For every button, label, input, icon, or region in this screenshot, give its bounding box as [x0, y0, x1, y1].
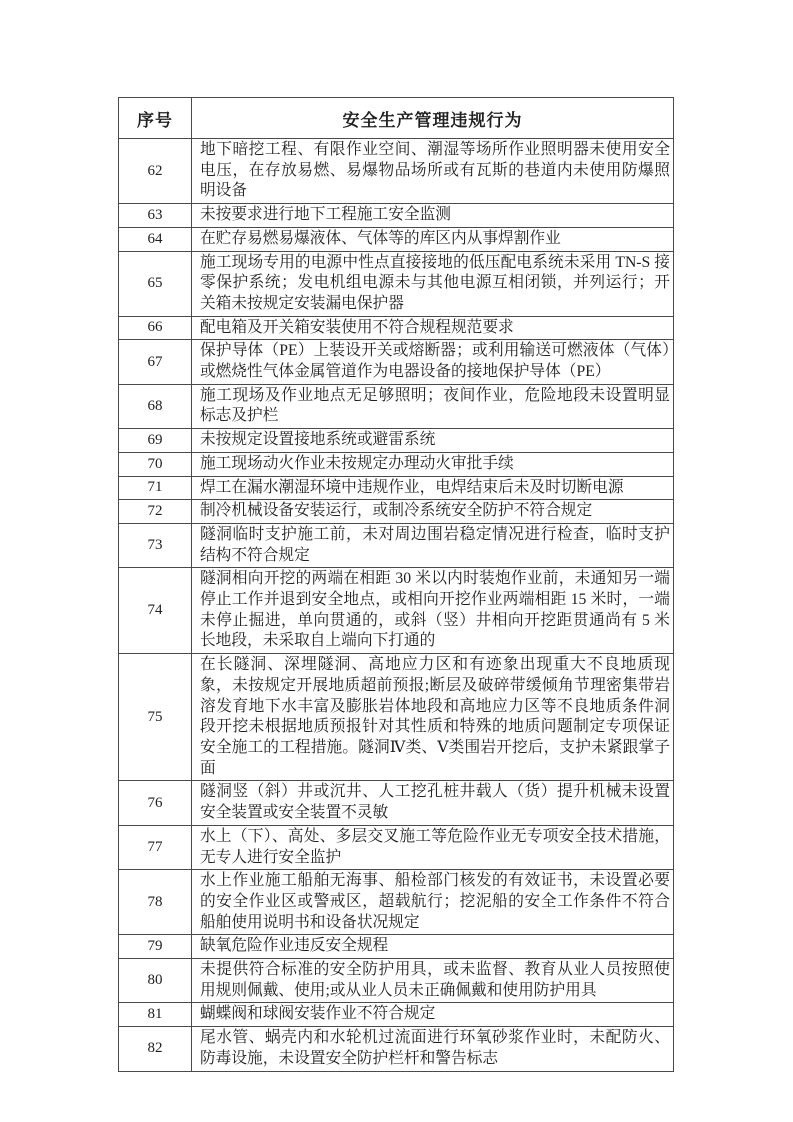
violation-text-cell: 施工现场专用的电源中性点直接接地的低压配电系统未采用 TN-S 接零保护系统；发…	[192, 251, 674, 316]
violation-text-cell: 未提供符合标准的安全防护用具，或未监督、教育从业人员按照使用规则佩戴、使用;或从…	[192, 959, 674, 1003]
table-row: 78水上作业施工船舶无海事、船检部门核发的有效证书，未设置必要的安全作业区或警戒…	[119, 870, 674, 935]
violation-text-cell: 施工现场动火作业未按规定办理动火审批手续	[192, 452, 674, 476]
column-header-no: 序号	[119, 98, 192, 139]
table-row: 73隧洞临时支护施工前，未对周边围岩稳定情况进行检查，临时支护结构不符合规定	[119, 523, 674, 567]
row-number-cell: 76	[119, 781, 192, 825]
table-row: 74隧洞相向开挖的两端在相距 30 米以内时装炮作业前，未通知另一端停止工作并退…	[119, 568, 674, 654]
table-row: 71焊工在漏水潮湿环境中违规作业，电焊结束后未及时切断电源	[119, 476, 674, 500]
table-row: 67保护导体（PE）上装设开关或熔断器；或利用输送可燃液体（气体）或燃烧性气体金…	[119, 340, 674, 384]
row-number-cell: 67	[119, 340, 192, 384]
column-header-violation: 安全生产管理违规行为	[192, 98, 674, 139]
violation-text-cell: 在长隧洞、深埋隧洞、高地应力区和有迹象出现重大不良地质现象，未按规定开展地质超前…	[192, 654, 674, 781]
violation-text-cell: 隧洞竖（斜）井或沉井、人工挖孔桩井载人（货）提升机械未设置安全装置或安全装置不灵…	[192, 781, 674, 825]
row-number-cell: 78	[119, 870, 192, 935]
table-row: 62地下暗挖工程、有限作业空间、潮湿等场所作业照明器未使用安全电压，在存放易燃、…	[119, 139, 674, 204]
row-number-cell: 66	[119, 316, 192, 340]
table-row: 81蝴蝶阀和球阀安装作业不符合规定	[119, 1003, 674, 1027]
table-body: 62地下暗挖工程、有限作业空间、潮湿等场所作业照明器未使用安全电压，在存放易燃、…	[119, 139, 674, 1072]
violation-text-cell: 施工现场及作业地点无足够照明；夜间作业，危险地段未设置明显标志及护栏	[192, 384, 674, 428]
row-number-cell: 65	[119, 251, 192, 316]
table-row: 63未按要求进行地下工程施工安全监测	[119, 204, 674, 228]
row-number-cell: 68	[119, 384, 192, 428]
row-number-cell: 71	[119, 476, 192, 500]
table-row: 77水上（下）、高处、多层交叉施工等危险作业无专项安全技术措施，无专人进行安全监…	[119, 825, 674, 869]
violation-text-cell: 配电箱及开关箱安装使用不符合规程规范要求	[192, 316, 674, 340]
row-number-cell: 81	[119, 1003, 192, 1027]
header-row: 序号 安全生产管理违规行为	[119, 98, 674, 139]
violation-text-cell: 水上（下）、高处、多层交叉施工等危险作业无专项安全技术措施，无专人进行安全监护	[192, 825, 674, 869]
violation-text-cell: 未按规定设置接地系统或避雷系统	[192, 429, 674, 453]
table-row: 82尾水管、蜗壳内和水轮机过流面进行环氧砂浆作业时，未配防火、防毒设施，未设置安…	[119, 1027, 674, 1071]
violation-text-cell: 缺氧危险作业违反安全规程	[192, 935, 674, 959]
table-row: 70施工现场动火作业未按规定办理动火审批手续	[119, 452, 674, 476]
violation-text-cell: 水上作业施工船舶无海事、船检部门核发的有效证书，未设置必要的安全作业区或警戒区，…	[192, 870, 674, 935]
violation-text-cell: 隧洞相向开挖的两端在相距 30 米以内时装炮作业前，未通知另一端停止工作并退到安…	[192, 568, 674, 654]
violation-text-cell: 制冷机械设备安装运行，或制冷系统安全防护不符合规定	[192, 500, 674, 524]
table-row: 66配电箱及开关箱安装使用不符合规程规范要求	[119, 316, 674, 340]
violation-text-cell: 在贮存易燃易爆液体、气体等的库区内从事焊割作业	[192, 227, 674, 251]
violations-table: 序号 安全生产管理违规行为 62地下暗挖工程、有限作业空间、潮湿等场所作业照明器…	[118, 97, 674, 1072]
violation-text-cell: 地下暗挖工程、有限作业空间、潮湿等场所作业照明器未使用安全电压，在存放易燃、易爆…	[192, 139, 674, 204]
row-number-cell: 75	[119, 654, 192, 781]
violation-text-cell: 隧洞临时支护施工前，未对周边围岩稳定情况进行检查，临时支护结构不符合规定	[192, 523, 674, 567]
table-row: 80未提供符合标准的安全防护用具，或未监督、教育从业人员按照使用规则佩戴、使用;…	[119, 959, 674, 1003]
row-number-cell: 74	[119, 568, 192, 654]
row-number-cell: 62	[119, 139, 192, 204]
violation-text-cell: 尾水管、蜗壳内和水轮机过流面进行环氧砂浆作业时，未配防火、防毒设施，未设置安全防…	[192, 1027, 674, 1071]
table-row: 76隧洞竖（斜）井或沉井、人工挖孔桩井载人（货）提升机械未设置安全装置或安全装置…	[119, 781, 674, 825]
table-row: 68施工现场及作业地点无足够照明；夜间作业，危险地段未设置明显标志及护栏	[119, 384, 674, 428]
violation-text-cell: 未按要求进行地下工程施工安全监测	[192, 204, 674, 228]
table-row: 75在长隧洞、深埋隧洞、高地应力区和有迹象出现重大不良地质现象，未按规定开展地质…	[119, 654, 674, 781]
table-row: 79缺氧危险作业违反安全规程	[119, 935, 674, 959]
row-number-cell: 73	[119, 523, 192, 567]
table-row: 65施工现场专用的电源中性点直接接地的低压配电系统未采用 TN-S 接零保护系统…	[119, 251, 674, 316]
table-row: 72制冷机械设备安装运行，或制冷系统安全防护不符合规定	[119, 500, 674, 524]
violation-text-cell: 蝴蝶阀和球阀安装作业不符合规定	[192, 1003, 674, 1027]
row-number-cell: 72	[119, 500, 192, 524]
row-number-cell: 70	[119, 452, 192, 476]
row-number-cell: 64	[119, 227, 192, 251]
row-number-cell: 79	[119, 935, 192, 959]
table-row: 69未按规定设置接地系统或避雷系统	[119, 429, 674, 453]
row-number-cell: 69	[119, 429, 192, 453]
row-number-cell: 63	[119, 204, 192, 228]
table-row: 64在贮存易燃易爆液体、气体等的库区内从事焊割作业	[119, 227, 674, 251]
row-number-cell: 77	[119, 825, 192, 869]
row-number-cell: 80	[119, 959, 192, 1003]
row-number-cell: 82	[119, 1027, 192, 1071]
violation-text-cell: 保护导体（PE）上装设开关或熔断器；或利用输送可燃液体（气体）或燃烧性气体金属管…	[192, 340, 674, 384]
violation-text-cell: 焊工在漏水潮湿环境中违规作业，电焊结束后未及时切断电源	[192, 476, 674, 500]
document-page: 序号 安全生产管理违规行为 62地下暗挖工程、有限作业空间、潮湿等场所作业照明器…	[0, 0, 793, 1122]
